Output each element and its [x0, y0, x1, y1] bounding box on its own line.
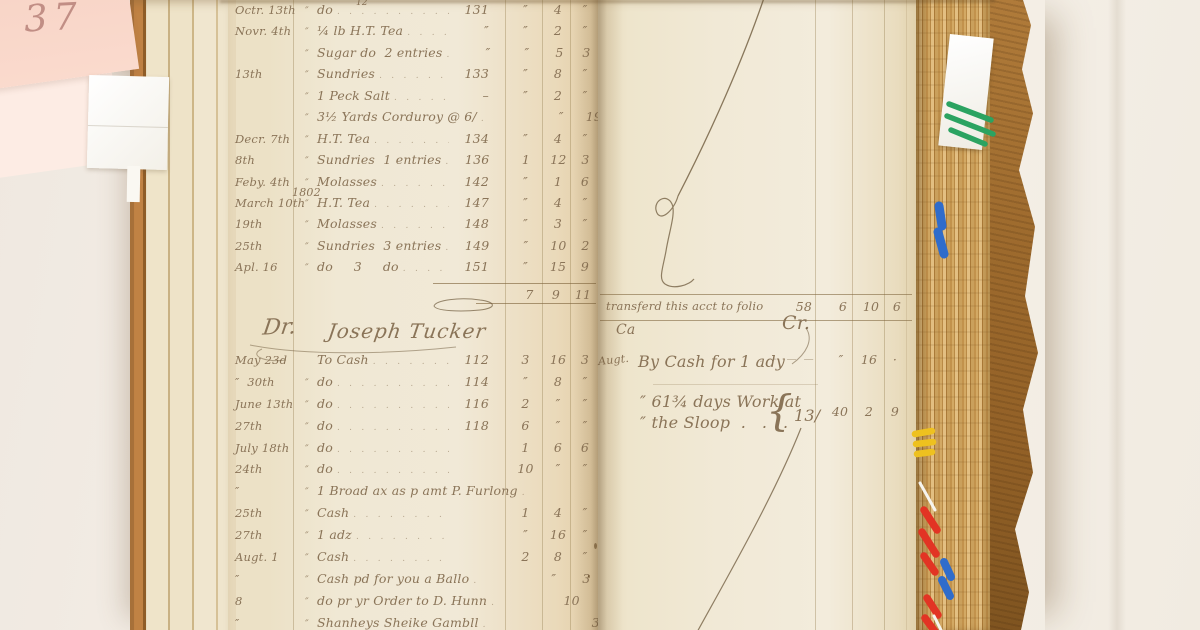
entry-shillings: 3 [572, 573, 600, 586]
total-rule-bottom [476, 303, 596, 304]
transfer-row: transferd this acct to folio 58 6 10 6 [600, 294, 912, 321]
ditto-mark: ″ [299, 554, 315, 564]
ledger-row: ″ 3½ Yards Corduroy @ 6/ . . . . . . . .… [228, 106, 598, 127]
entry-pence: 6 [572, 176, 598, 189]
entry-pence: ″ [572, 398, 598, 411]
entry-folio: 118 [449, 420, 497, 433]
entry-folio: 131 [449, 4, 497, 17]
entry-pounds: ″ [497, 261, 544, 274]
entry-folio: – [449, 90, 497, 103]
ditto-mark: ″ [299, 28, 315, 38]
entry-shillings: 16 [544, 529, 572, 542]
entry-date: Octr. 13th [228, 5, 299, 17]
entry-shillings: ″ [544, 463, 572, 476]
entry-folio: 147 [449, 197, 497, 210]
entry-description: do [315, 398, 333, 411]
entry-description: H.T. Tea [315, 197, 370, 210]
credit-row-cash: Augt. By Cash for 1 ady . - — — ″ 16 · [598, 350, 920, 374]
entry-description: 1 Peck Salt [315, 90, 390, 103]
entry-pounds: 2 [497, 398, 544, 411]
entry-description: do [315, 420, 333, 433]
entry-date: ″ 30th [228, 377, 299, 389]
ledger-row: ″ 1 Peck Salt . . . . . . . . . . . . . … [228, 85, 598, 106]
entry-description: do [315, 463, 333, 476]
transfer-pounds: 6 [828, 299, 858, 314]
contra-label: Ca [616, 322, 635, 338]
entry-shillings: 4 [544, 507, 572, 520]
ditto-mark: ″ [299, 7, 315, 17]
ledger-row: Apl. 16 ″ do 3 do . . . . . . . . . . . … [228, 256, 598, 277]
entry-shillings: 12 [544, 154, 572, 167]
entry-pence: 2 [572, 240, 598, 253]
entry-folio: 151 [449, 261, 497, 274]
entry-shillings: 8 [544, 68, 572, 81]
dot-leader: . . . . . . . . . . . . . . . . . . [442, 51, 450, 60]
entry-date: June 13th [228, 399, 299, 411]
entry-description: Sundries 1 entries [315, 154, 441, 167]
ditto-mark: ″ [299, 379, 315, 389]
ledger-row: 8 ″ do pr yr Order to D. Hunn . . . . . … [228, 590, 598, 612]
ledger-row: 13th ″ Sundries . . . . . . . . . . . . … [228, 63, 598, 84]
total-pence: 11 [570, 287, 596, 302]
ledger-row: May 23d To Cash . . . . . . . . . . . . … [228, 349, 598, 371]
ditto-mark: ″ [299, 114, 315, 124]
entry-folio: 142 [449, 176, 497, 189]
ledger-row: ″ ″ Cash pd for you a Ballo . . . . . . … [228, 568, 598, 590]
dot-leader: . . . . . . . . . . . . . . . . . . [469, 577, 477, 586]
entry-date: Novr. 4th [228, 26, 299, 38]
entry-date: 8 [228, 596, 299, 608]
ledger-row: 24th ″ do . . . . . . . . . . . . . . . … [228, 458, 598, 480]
account-joseph-tucker: Dr. Joseph Tucker May 23d To Cash . . . … [228, 313, 598, 630]
ditto-mark: ″ [299, 576, 315, 586]
ditto-mark: ″ [299, 93, 315, 103]
entry-shillings: 6 [544, 442, 572, 455]
dot-leader: . . . . . . . . . . . . . . . . . . [479, 621, 487, 630]
wall-crease [1108, 0, 1126, 630]
credit-row-sloop-work: ″ 61¾ days Work at ″ the Sloop . . . { 1… [598, 392, 920, 440]
entry-pounds: 40 [824, 404, 856, 419]
entry-date: 13th [228, 69, 299, 81]
entry-folio: ″ [449, 25, 497, 38]
entry-pounds: 10 [543, 595, 590, 608]
entry-description: do [315, 4, 333, 17]
entry-pence: ″ [572, 507, 598, 520]
entry-pounds: 1 [497, 154, 544, 167]
entry-date: ″ [228, 574, 299, 586]
entry-pence: ″ [572, 90, 598, 103]
dot-leader: . . . . . . . . . . . . . . . . . . [352, 533, 449, 542]
entry-pence: ″ [572, 25, 598, 38]
entry-shillings: 2 [854, 404, 884, 419]
white-paper-strip [127, 166, 141, 202]
ledger-row: June 13th ″ do . . . . . . . . . . . . .… [228, 393, 598, 415]
dot-leader: . . . . . . . . . . . . . . . . . . [370, 137, 449, 146]
dot-leader: . . . . . . . . . . . . . . . . . . [333, 424, 449, 433]
ditto-mark: ″ [299, 200, 315, 210]
entry-folio: 116 [449, 398, 497, 411]
dot-leader: . . . . . . . . . . . . . . . . . . [441, 244, 449, 253]
ditto-mark: ″ [299, 221, 315, 231]
entry-folio: 149 [449, 240, 497, 253]
entry-description: Cash [315, 551, 349, 564]
entry-pounds: ″ [497, 90, 544, 103]
ledger-row: Feby. 4th ″ Molasses . . . . . . . . . .… [228, 171, 598, 192]
entry-pounds: ″ [497, 133, 544, 146]
dot-leader: . . . . . . . . . . . . . . . . . . [333, 380, 449, 389]
entry-date: 8th [228, 155, 299, 167]
entry-pence: 9 [881, 404, 909, 419]
entry-pounds: 3 [497, 354, 544, 367]
entry-date: ″ [228, 486, 299, 498]
total-shillings: 9 [542, 287, 570, 302]
ledger-book: 12 Octr. 13th ″ do . . . . . . . . . . .… [130, 0, 1045, 630]
entry-pounds: 1 [497, 442, 544, 455]
entry-shillings: 8 [544, 551, 572, 564]
dot-leader: . . . . . . . . . . . . . . . . . . [333, 8, 449, 17]
entry-shillings: 4 [544, 197, 572, 210]
entry-pence: 6 [572, 442, 598, 455]
entry-pounds: 10 [497, 463, 544, 476]
entry-folio: 133 [449, 68, 497, 81]
entry-shillings: 4 [544, 4, 572, 17]
dot-leader: . . . . . . . . . . . . . . . . . . [349, 511, 449, 520]
dot-leader: . . . . . . . . . . . . . . . . . . [370, 201, 449, 210]
total-rule-top [433, 283, 596, 284]
entry-pence: ″ [572, 376, 598, 389]
ditto-mark: ″ [299, 466, 315, 476]
note-page-number: 37 [23, 0, 84, 41]
entry-pounds: ″ [497, 176, 544, 189]
entry-pence: 9 [572, 261, 598, 274]
entry-date: 25th [228, 241, 299, 253]
entry-pounds: ″ [497, 376, 544, 389]
ditto-mark: ″ [299, 423, 315, 433]
account-top: Octr. 13th ″ do . . . . . . . . . . . . … [228, 0, 598, 278]
entry-pence: · [881, 352, 909, 367]
entry-pence: 3 [573, 47, 599, 60]
entry-pounds: ″ [826, 352, 856, 367]
entry-shillings: ″ [544, 398, 572, 411]
entry-pounds: ″ [525, 573, 572, 586]
dot-leader: . . . . . . . . . . . . . . . . . . [333, 446, 449, 455]
entry-date: Augt. 1 [228, 552, 299, 564]
transfer-shillings: 10 [856, 299, 886, 314]
dot-leader: . . . . . . . . . . . . . . . . . . [399, 265, 449, 274]
day-rate: 13/ [794, 406, 820, 425]
account-holder-name: Joseph Tucker [326, 319, 488, 343]
ditto-mark: ″ [299, 136, 315, 146]
entry-description: Sugar do 2 entries [315, 47, 442, 60]
ledger-row: Decr. 7th ″ H.T. Tea . . . . . . . . . .… [228, 128, 598, 149]
entry-description: do [315, 376, 333, 389]
ditto-mark: ″ [299, 401, 315, 411]
entry-shillings: 4 [544, 133, 572, 146]
entry-pence: ″ [572, 551, 598, 564]
debit-label: Dr. [261, 314, 298, 340]
entry-pence: ″ [572, 4, 598, 17]
entry-pence: ″ [572, 133, 598, 146]
entry-pounds: ″ [497, 25, 544, 38]
ledger-row: 25th ″ Sundries 3 entries . . . . . . . … [228, 235, 598, 256]
entry-shillings: 2 [544, 25, 572, 38]
entry-folio: 112 [449, 354, 497, 367]
ledger-row: Augt. 1 ″ Cash . . . . . . . . . . . . .… [228, 546, 598, 568]
account-header: Dr. Joseph Tucker [228, 313, 598, 349]
entry-date: March 10th [228, 198, 299, 210]
entry-date: ″ [228, 618, 299, 630]
entry-folio: 134 [449, 133, 497, 146]
ditto-mark: ″ [299, 71, 315, 81]
entry-shillings: 16 [854, 352, 884, 367]
entry-pounds: 6 [497, 420, 544, 433]
entry-pence: ″ [572, 463, 598, 476]
credit-page: transferd this acct to folio 58 6 10 6 C… [598, 0, 920, 630]
entry-description: Sundries [315, 68, 375, 81]
brace-glyph: { [766, 386, 793, 435]
entry-description: 1 Broad ax as p amt P. Furlong [315, 485, 518, 498]
ditto-mark: ″ [299, 620, 315, 630]
ditto-mark: ″ [299, 532, 315, 542]
ledger-row: 8th ″ Sundries 1 entries . . . . . . . .… [228, 149, 598, 170]
entry-date: 24th [228, 464, 299, 476]
entry-description: H.T. Tea [315, 133, 370, 146]
entry-shillings: 15 [544, 261, 572, 274]
account-top-rows: Octr. 13th ″ do . . . . . . . . . . . . … [228, 0, 598, 278]
entry-pounds: 1 [497, 507, 544, 520]
entry-date: 25th [228, 508, 299, 520]
debit-page: 12 Octr. 13th ″ do . . . . . . . . . . .… [228, 0, 598, 630]
ledger-row: 27th ″ 1 adz . . . . . . . . . . . . . .… [228, 524, 598, 546]
entry-date: July 18th [228, 443, 299, 455]
ledger-row: Novr. 4th ″ ¼ lb H.T. Tea . . . . . . . … [228, 20, 598, 41]
ditto-mark: ″ [299, 598, 315, 608]
entry-pounds: ″ [533, 111, 580, 124]
entry-date: Apl. 16 [228, 262, 299, 274]
entry-date: Feby. 4th [228, 177, 299, 189]
entry-date: Decr. 7th [228, 134, 299, 146]
entry-folio: 148 [449, 218, 497, 231]
entry-pence: ″ [572, 68, 598, 81]
dot-leader: . . . . . . . . . . . . . . . . . . [369, 358, 449, 367]
entry-shillings: 5 [545, 47, 573, 60]
dot-leader: . . . . . . . . . . . . . . . . . . [403, 29, 449, 38]
dot-leader: . . . . . . . . . . . . . . . . . . [349, 555, 449, 564]
dot-leader: . . . . . . . . . . . . . . . . . . [333, 467, 449, 476]
entry-shillings: 16 [544, 354, 572, 367]
account-tucker-rows: May 23d To Cash . . . . . . . . . . . . … [228, 349, 598, 630]
entry-description: do [315, 442, 333, 455]
paper-speck [588, 575, 590, 578]
paper-speck [594, 543, 597, 549]
dot-leader: . . . . . . . . . . . . . . . . . . [441, 158, 449, 167]
entry-description: ¼ lb H.T. Tea [315, 25, 403, 38]
entry-shillings: 2 [544, 90, 572, 103]
entry-pounds: 2 [497, 551, 544, 564]
white-paper-tab-left [87, 75, 169, 170]
entry-date: Augt. [597, 351, 636, 368]
entry-date: May 23d [228, 355, 299, 367]
entry-description: 1 adz [315, 529, 352, 542]
entry-pounds: ″ [497, 529, 544, 542]
dot-leader: . . . . . . . . . . . . . . . . . . [375, 72, 449, 81]
ditto-mark: ″ [299, 50, 315, 60]
entry-shillings: ″ [544, 420, 572, 433]
ledger-row: ″ 30th ″ do . . . . . . . . . . . . . . … [228, 371, 598, 393]
entry-date: 27th [228, 530, 299, 542]
ditto-mark: ″ [299, 510, 315, 520]
dot-leader: . - — — [756, 354, 814, 365]
ditto-mark: ″ [299, 243, 315, 253]
ledger-photo: 12 Octr. 13th ″ do . . . . . . . . . . .… [0, 0, 1200, 630]
entry-pence: ″ [572, 420, 598, 433]
dot-leader: . . . . . . . . . . . . . . . . . . [518, 489, 526, 498]
entry-folio: 114 [449, 376, 497, 389]
entry-description: Cash [315, 507, 349, 520]
entry-pounds: ″ [497, 197, 544, 210]
entry-pounds: ″ [498, 47, 545, 60]
transfer-note: transferd this acct to folio [606, 299, 763, 313]
entry-folio: ″ [450, 47, 498, 60]
entry-description: Shanheys Sheike Gambll [315, 617, 479, 630]
dot-leader: . . . . . . . . . . . . . . . . . . [487, 599, 495, 608]
entry-description: do pr yr Order to D. Hunn [315, 595, 487, 608]
ledger-row: ″ Sugar do 2 entries . . . . . . . . . .… [228, 42, 598, 63]
ditto-mark: ″ [299, 445, 315, 455]
entry-shillings: 8 [544, 376, 572, 389]
ledger-row: Octr. 13th ″ do . . . . . . . . . . . . … [228, 0, 598, 20]
faint-rule [653, 384, 818, 385]
entry-description: Molasses [315, 218, 377, 231]
entry-folio: 136 [449, 154, 497, 167]
entry-shillings: 10 [544, 240, 572, 253]
entry-pence: ″ [572, 218, 598, 231]
entry-date: 19th [228, 219, 299, 231]
entry-shillings: 3 [544, 218, 572, 231]
entry-description: Sundries 3 entries [315, 240, 441, 253]
entry-description: 3½ Yards Corduroy @ 6/ [315, 111, 477, 124]
ditto-mark: ″ [299, 488, 315, 498]
ledger-row: ″ ″ Shanheys Sheike Gambll . . . . . . .… [228, 612, 598, 630]
ledger-row: July 18th ″ do . . . . . . . . . . . . .… [228, 437, 598, 459]
entry-pounds: ″ [497, 4, 544, 17]
ledger-row: March 10th ″ H.T. Tea . . . . . . . . . … [228, 192, 598, 213]
entry-pence: 3 [572, 354, 598, 367]
dot-leader: . . . . . . . . . . . . . . . . . . [377, 180, 449, 189]
entry-description: Cash pd for you a Ballo [315, 573, 469, 586]
ledger-row: 25th ″ Cash . . . . . . . . . . . . . . … [228, 502, 598, 524]
year-label: 1802 [292, 186, 321, 199]
entry-date: 27th [228, 421, 299, 433]
entry-description: do 3 do [315, 261, 399, 274]
entry-shillings: 1 [544, 176, 572, 189]
transfer-pence: 6 [883, 299, 911, 314]
entry-pence: ″ [572, 529, 598, 542]
dot-leader: . . . . . . . . . . . . . . . . . . [390, 94, 449, 103]
entry-pounds: ″ [497, 68, 544, 81]
ledger-row: 19th ″ Molasses . . . . . . . . . . . . … [228, 213, 598, 234]
ditto-mark: ″ [299, 264, 315, 274]
entry-pence: ″ [572, 197, 598, 210]
ditto-mark: ″ [299, 157, 315, 167]
ledger-row: 27th ″ do . . . . . . . . . . . . . . . … [228, 415, 598, 437]
dot-leader: . . . . . . . . . . . . . . . . . . [333, 402, 449, 411]
entry-description: To Cash [315, 354, 369, 367]
ledger-row: ″ ″ 1 Broad ax as p amt P. Furlong . . .… [228, 480, 598, 502]
dot-leader: . . . . . . . . . . . . . . . . . . [477, 115, 485, 124]
credit-label: Cr. [782, 312, 810, 334]
entry-pence: 3 [572, 154, 598, 167]
entry-pounds: ″ [497, 218, 544, 231]
dot-leader: . . . . . . . . . . . . . . . . . . [377, 222, 449, 231]
entry-pounds: ″ [497, 240, 544, 253]
entry-description: Molasses [315, 176, 377, 189]
